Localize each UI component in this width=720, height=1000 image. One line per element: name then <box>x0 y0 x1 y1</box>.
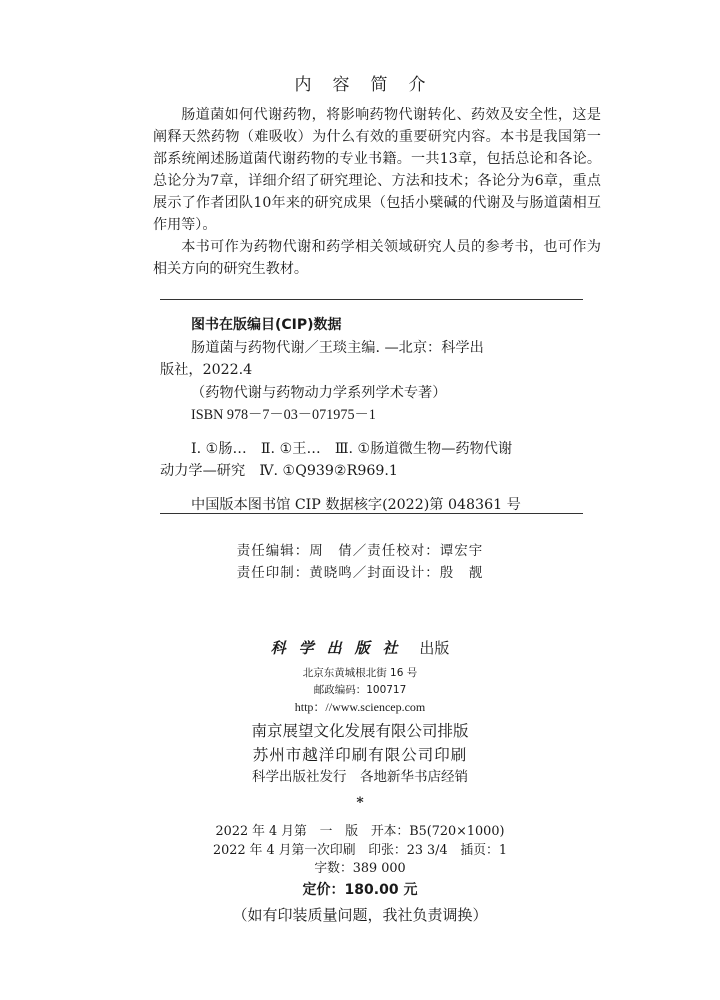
staff-credits: 责任编辑：周 倩／责任校对：谭宏宇 责任印制：黄晓鸣／封面设计：殷 靓 <box>0 540 720 584</box>
section-separator: * <box>0 795 720 811</box>
cip-classification-line-1: Ⅰ. ①肠… Ⅱ. ①王… Ⅲ. ①肠道微生物—药物代谢 <box>160 438 583 461</box>
summary-paragraph-1: 肠道菌如何代谢药物，将影响药物代谢转化、药效及安全性，这是阐释天然药物（难吸收）… <box>153 104 601 236</box>
typesetter-line: 南京展望文化发展有限公司排版 <box>0 719 720 741</box>
cip-publisher-line: 版社，2022.4 <box>160 359 583 382</box>
cip-title-line: 肠道菌与药物代谢／王琰主编. —北京：科学出 <box>160 337 583 360</box>
publisher-postcode: 邮政编码：100717 <box>0 682 720 697</box>
cip-bottom-rule <box>160 513 583 514</box>
cip-top-rule <box>160 299 583 300</box>
cip-isbn: ISBN 978－7－03－071975－1 <box>160 404 583 427</box>
publisher-address: 北京东黄城根北街 16 号 <box>0 665 720 680</box>
cip-heading: 图书在版编目(CIP)数据 <box>160 314 583 337</box>
quality-note: （如有印装质量问题，我社负责调换） <box>0 904 720 925</box>
cip-block: 图书在版编目(CIP)数据 肠道菌与药物代谢／王琰主编. —北京：科学出 版社，… <box>160 314 583 516</box>
word-count: 字数：389 000 <box>0 857 720 876</box>
printer-line: 苏州市越洋印刷有限公司印刷 <box>0 743 720 765</box>
price: 定价：180.00 元 <box>0 879 720 899</box>
cip-series: （药物代谢与药物动力学系列学术专著） <box>160 382 583 405</box>
summary-body: 肠道菌如何代谢药物，将影响药物代谢转化、药效及安全性，这是阐释天然药物（难吸收）… <box>153 104 601 280</box>
staff-line-production: 责任印制：黄晓鸣／封面设计：殷 靓 <box>0 562 720 584</box>
staff-line-editors: 责任编辑：周 倩／责任校对：谭宏宇 <box>0 540 720 562</box>
cip-classification-line-2: 动力学—研究 Ⅳ. ①Q939②R969.1 <box>160 460 583 483</box>
summary-title: 内容简介 <box>0 70 720 95</box>
summary-paragraph-2: 本书可作为药物代谢和药学相关领域研究人员的参考书，也可作为相关方向的研究生教材。 <box>153 236 601 280</box>
publisher-url: http：//www.sciencep.com <box>0 698 720 715</box>
publisher-logo: 科学出版社 <box>271 639 411 657</box>
distribution-line: 科学出版社发行 各地新华书店经销 <box>0 765 720 785</box>
publisher-logo-row: 科学出版社 出版 <box>0 637 720 658</box>
publisher-logo-suffix: 出版 <box>419 639 449 657</box>
printing-line: 2022 年 4 月第一次印刷 印张：23 3/4 插页：1 <box>0 839 720 858</box>
edition-line: 2022 年 4 月第 一 版 开本：B5(720×1000) <box>0 820 720 839</box>
